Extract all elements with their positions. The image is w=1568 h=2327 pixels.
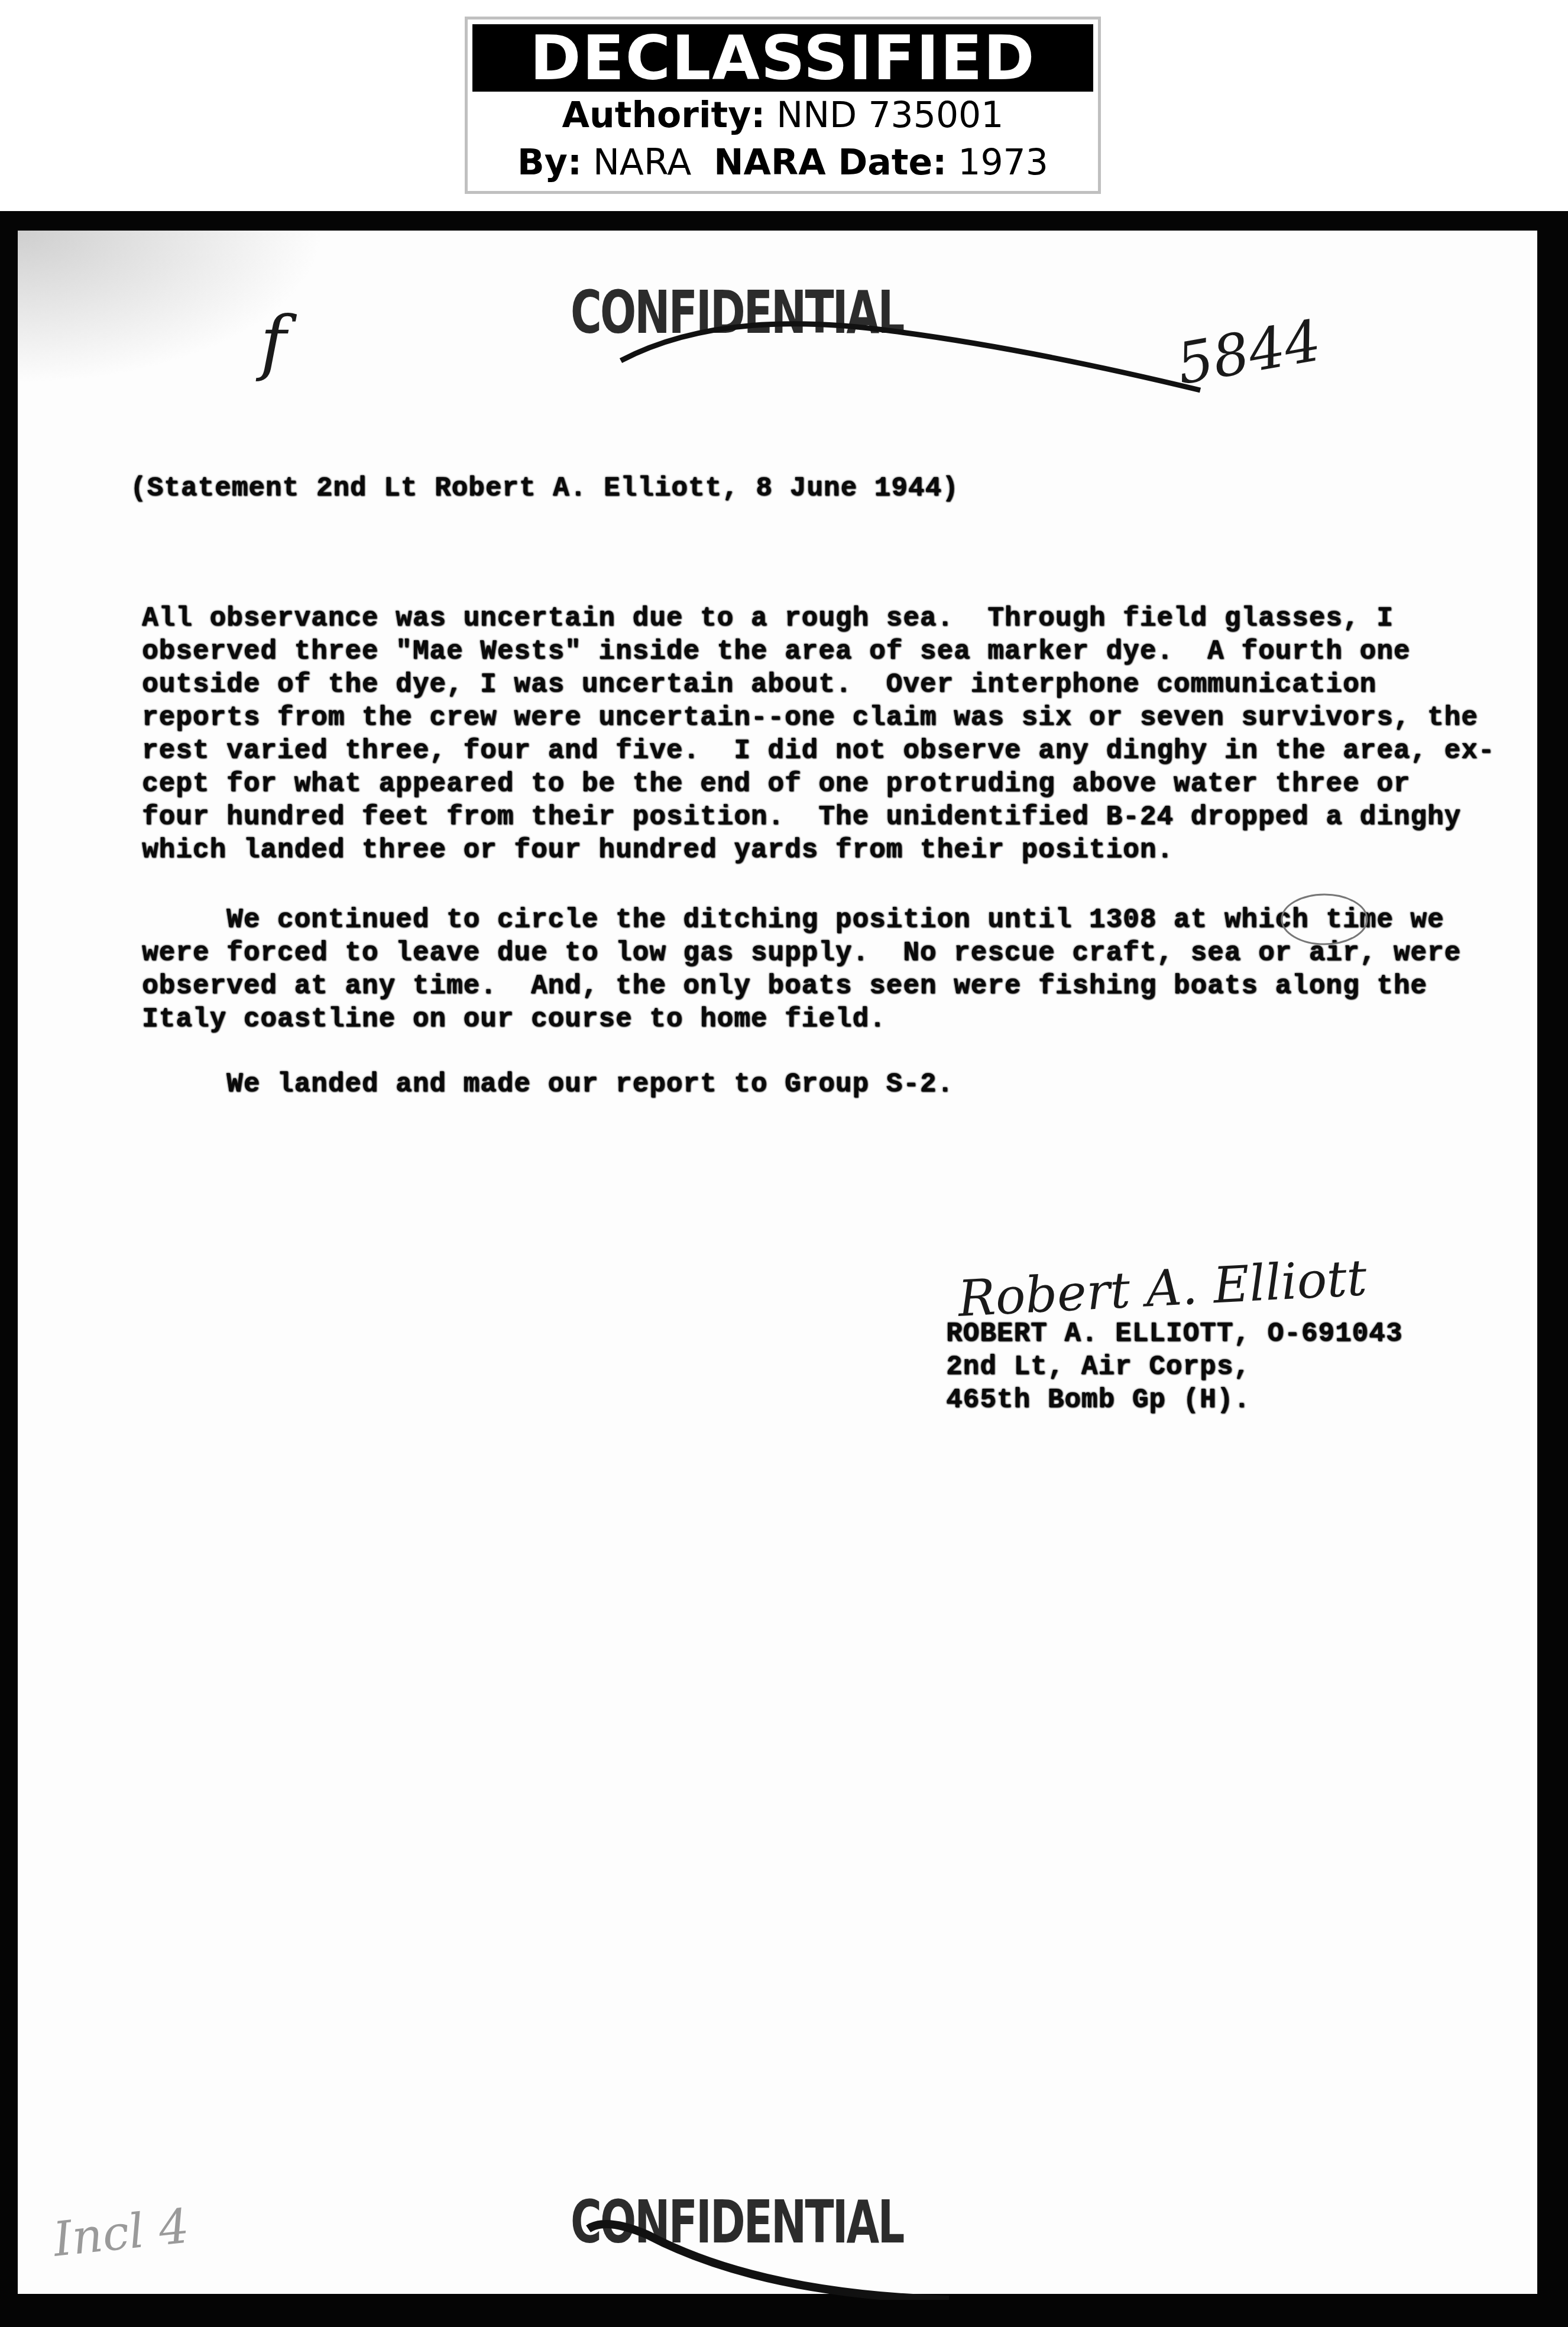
by-value: NARA xyxy=(593,142,691,183)
text-line: observed at any time. And, the only boat… xyxy=(142,971,1427,1002)
statement-heading: (Statement 2nd Lt Robert A. Elliott, 8 J… xyxy=(130,473,959,504)
declassified-title: DECLASSIFIED xyxy=(472,24,1093,92)
text-line: rest varied three, four and five. I did … xyxy=(142,735,1495,766)
strike-through-line-bottom xyxy=(571,2199,984,2300)
date-value: 1973 xyxy=(958,142,1048,183)
text-line: All observance was uncertain due to a ro… xyxy=(142,603,1394,634)
strike-through-line-top xyxy=(615,296,1265,396)
text-line: cept for what appeared to be the end of … xyxy=(142,769,1410,799)
authority-label: Authority: xyxy=(562,95,766,136)
document-page: f CONFIDENTIAL 5844 (Statement 2nd Lt Ro… xyxy=(18,231,1537,2294)
by-date-line: By: NARA NARA Date: 1973 xyxy=(468,139,1098,186)
circled-word-mark xyxy=(1277,890,1372,949)
text-line: outside of the dye, I was uncertain abou… xyxy=(142,669,1376,700)
text-line: Italy coastline on our course to home fi… xyxy=(142,1004,886,1035)
text-line: We continued to circle the ditching posi… xyxy=(142,905,1444,935)
text-line: observed three "Mae Wests" inside the ar… xyxy=(142,636,1410,667)
signer-rank: 2nd Lt, Air Corps, xyxy=(946,1352,1250,1382)
signature: Robert A. Elliott xyxy=(957,1249,1368,1328)
text-line: which landed three or four hundred yards… xyxy=(142,835,1174,866)
signer-unit: 465th Bomb Gp (H). xyxy=(946,1385,1250,1415)
handwritten-mark: f xyxy=(260,302,286,384)
date-label: NARA Date: xyxy=(714,142,947,183)
authority-value: NND 735001 xyxy=(776,95,1003,136)
text-line: four hundred feet from their position. T… xyxy=(142,802,1461,832)
text-line: were forced to leave due to low gas supp… xyxy=(142,938,1461,968)
by-label: By: xyxy=(517,142,582,183)
text-line: reports from the crew were uncertain--on… xyxy=(142,702,1478,733)
declassification-stamp: DECLASSIFIED Authority: NND 735001 By: N… xyxy=(465,17,1101,194)
text-line: We landed and made our report to Group S… xyxy=(142,1069,954,1100)
enclosure-note: Incl 4 xyxy=(51,2198,192,2267)
signer-name: ROBERT A. ELLIOTT, O-691043 xyxy=(946,1318,1402,1349)
authority-line: Authority: NND 735001 xyxy=(468,92,1098,139)
